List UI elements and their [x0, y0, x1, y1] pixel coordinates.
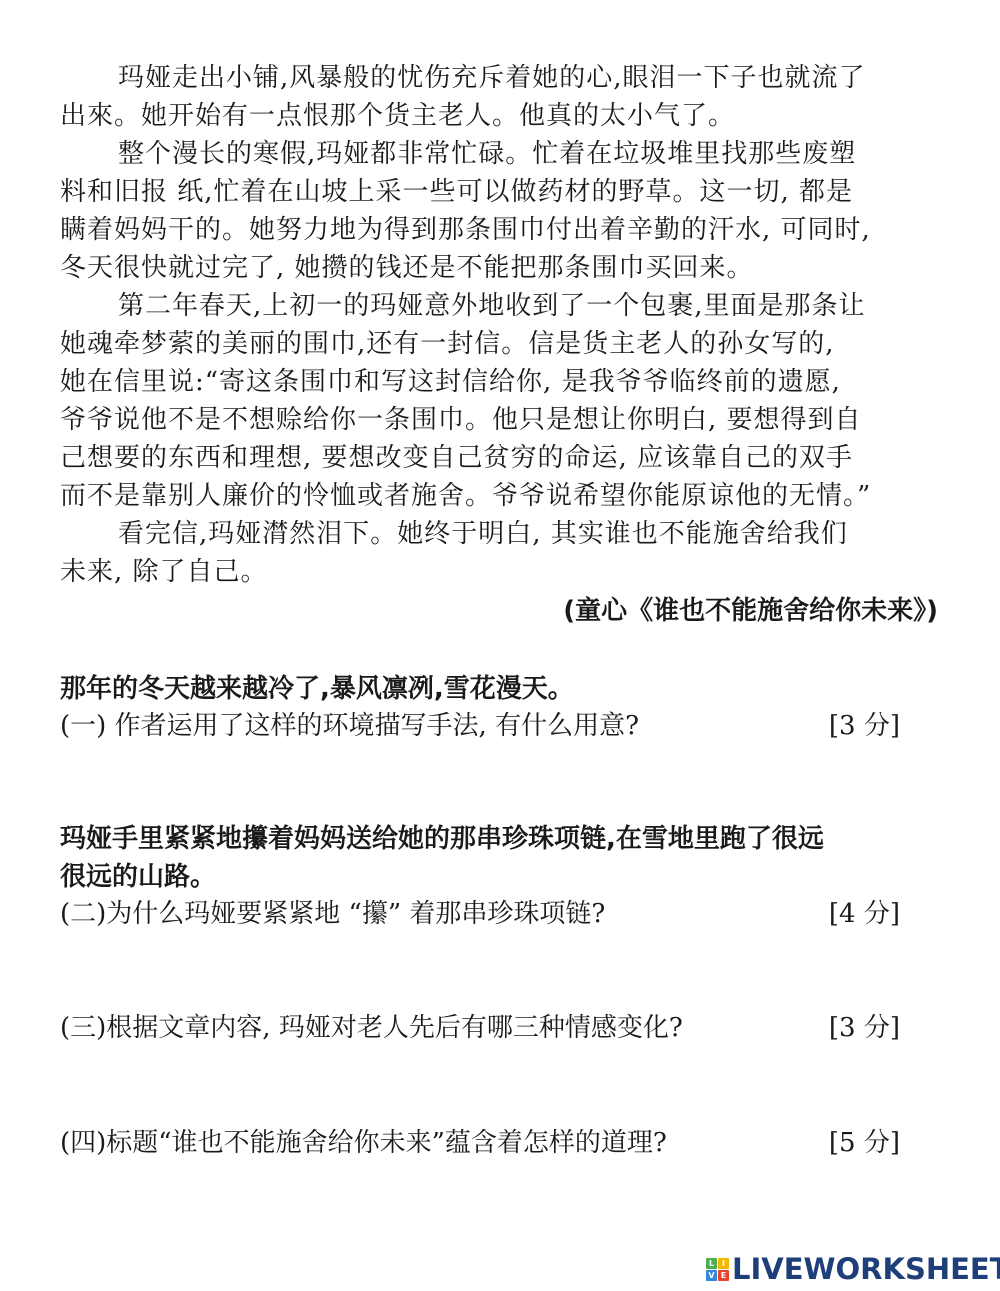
answer-area-2[interactable]: [60, 936, 940, 1006]
live-logo-icon: L I V E: [706, 1258, 729, 1281]
question-text: (一) 作者运用了这样的环境描写手法, 有什么用意?: [60, 707, 639, 745]
question-text: (三)根据文章内容, 玛娅对老人先后有哪三种情感变化?: [60, 1009, 683, 1047]
question-text: (二)为什么玛娅要紧紧地 “攥” 着那串珍珠项链?: [60, 895, 605, 933]
passage-line: 看完信,玛娅潸然泪下。她终于明白, 其实谁也不能施舍给我们: [118, 515, 848, 553]
passage-line: 而不是靠别人廉价的怜恤或者施舍。爷爷说希望你能原谅他的无情。”: [60, 477, 871, 515]
worksheet-page: 玛娅走出小铺,风暴般的忧伤充斥着她的心,眼泪一下子也就流了 出來。她开始有一点恨…: [0, 0, 1000, 1291]
question-excerpt: 那年的冬天越来越冷了,暴风凛冽,雪花漫天。: [60, 670, 574, 708]
question-marks: [4 分]: [829, 895, 900, 933]
passage-line: 冬天很快就过完了, 她攒的钱还是不能把那条围巾买回来。: [60, 249, 754, 287]
passage-line: 她在信里说:“寄这条围巾和写这封信给你, 是我爷爷临终前的遗愿,: [60, 363, 841, 401]
passage-line: 爷爷说他不是不想赊给你一条围巾。他只是想让你明白, 要想得到自: [60, 401, 862, 439]
passage-line: 出來。她开始有一点恨那个货主老人。他真的太小气了。: [60, 97, 735, 135]
question-marks: [3 分]: [829, 1009, 900, 1047]
question-marks: [5 分]: [829, 1124, 900, 1162]
passage-line: 她魂牵梦萦的美丽的围巾,还有一封信。信是货主老人的孙女写的,: [60, 325, 835, 363]
question-excerpt: 很远的山路。: [60, 858, 216, 896]
logo-letter: L: [706, 1258, 717, 1269]
passage-line: 整个漫长的寒假,玛娅都非常忙碌。忙着在垃圾堆里找那些废塑: [118, 135, 856, 173]
logo-letter: E: [718, 1270, 729, 1281]
question-text: (四)标题“谁也不能施舍给你未来”蕴含着怎样的道理?: [60, 1124, 667, 1162]
logo-letter: I: [718, 1258, 729, 1269]
answer-area-3[interactable]: [60, 1050, 940, 1120]
answer-area-4[interactable]: [60, 1165, 940, 1235]
passage-line: 未来, 除了自己。: [60, 553, 268, 591]
passage-line: 己想要的东西和理想, 要想改变自己贫穷的命运, 应该靠自己的双手: [60, 439, 853, 477]
logo-text: LIVEWORKSHEETS: [732, 1252, 1000, 1286]
liveworksheets-logo: L I V E LIVEWORKSHEETS: [706, 1253, 1000, 1285]
answer-area-1[interactable]: [60, 748, 940, 818]
source-citation: (童心《谁也不能施舍给你未来》): [563, 592, 938, 630]
passage-line: 玛娅走出小铺,风暴般的忧伤充斥着她的心,眼泪一下子也就流了: [118, 59, 866, 97]
logo-letter: V: [706, 1270, 717, 1281]
passage-line: 料和旧报 纸,忙着在山坡上采一些可以做药材的野草。这一切, 都是: [60, 173, 853, 211]
question-excerpt: 玛娅手里紧紧地攥着妈妈送给她的那串珍珠项链,在雪地里跑了很远: [60, 820, 824, 858]
passage-line: 第二年春天,上初一的玛娅意外地收到了一个包裹,里面是那条让: [118, 287, 866, 325]
passage-line: 瞒着妈妈干的。她努力地为得到那条围巾付出着辛勤的汗水, 可同时,: [60, 211, 871, 249]
question-marks: [3 分]: [829, 707, 900, 745]
